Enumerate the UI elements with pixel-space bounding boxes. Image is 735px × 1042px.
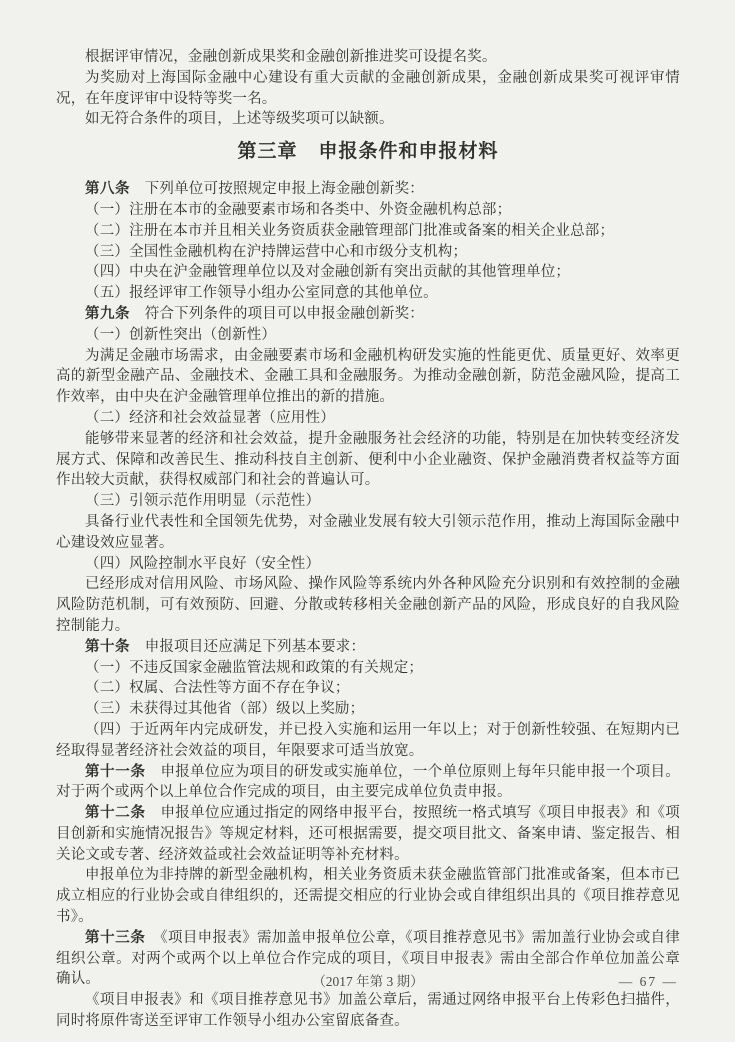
paragraph: 具备行业代表性和全国领先优势，对金融业发展有较大引领示范作用，推动上海国际金融中… [56,512,680,554]
paragraph: （二）经济和社会效益显著（应用性） [56,408,680,429]
paragraph: （一）创新性突出（创新性） [56,325,680,346]
article-number: 第十条 [85,639,130,655]
chapter-number: 第三章 [238,141,298,162]
paragraph: 根据评审情况，金融创新成果奖和金融创新推进奖可设提名奖。 [56,47,680,68]
paragraph: 第九条 符合下列条件的项目可以申报金融创新奖： [56,304,680,325]
paragraph: 如无符合条件的项目，上述等级奖项可以缺额。 [56,109,680,130]
paragraph: 已经形成对信用风险、市场风险、操作风险等系统内外各种风险充分识别和有效控制的金融… [56,574,680,636]
paragraph: 能够带来显著的经济和社会效益，提升金融服务社会经济的功能，特别是在加快转变经济发… [56,429,680,491]
document-body: 第八条 下列单位可按照规定申报上海金融创新奖：（一）注册在本市的金融要素市场和各… [56,179,680,1032]
paragraph: （三）全国性金融机构在沪持牌运营中心和市级分支机构； [56,242,680,263]
paragraph: 为奖励对上海国际金融中心建设有重大贡献的金融创新成果，金融创新成果奖可视评审情况… [56,68,680,110]
document-page: 根据评审情况，金融创新成果奖和金融创新推进奖可设提名奖。为奖励对上海国际金融中心… [0,0,735,1042]
paragraph: 第八条 下列单位可按照规定申报上海金融创新奖： [56,179,680,200]
page-number: — 67 — [619,972,678,992]
paragraph: （二）权属、合法性等方面不存在争议； [56,678,680,699]
paragraph: （四）于近两年内完成研发，并已投入实施和运用一年以上；对于创新性较强、在短期内已… [56,720,680,762]
page-footer: （2017 年第 3 期） — 67 — [56,972,680,992]
paragraph: 第十条 申报项目还应满足下列基本要求： [56,637,680,658]
paragraph: 第十一条 申报单位应为项目的研发或实施单位，一个单位原则上每年只能申报一个项目。… [56,762,680,804]
paragraph: （三）引领示范作用明显（示范性） [56,491,680,512]
article-number: 第十二条 [85,805,146,821]
article-number: 第八条 [85,181,130,197]
article-number: 第十三条 [85,930,146,946]
intro-paragraphs: 根据评审情况，金融创新成果奖和金融创新推进奖可设提名奖。为奖励对上海国际金融中心… [56,47,680,130]
paragraph: （四）中央在沪金融管理单位以及对金融创新有突出贡献的其他管理单位； [56,262,680,283]
paragraph: 申报单位为非持牌的新型金融机构，相关业务资质未获金融监管部门批准或备案，但本市已… [56,865,680,927]
paragraph: （一）注册在本市的金融要素市场和各类中、外资金融机构总部； [56,200,680,221]
paragraph: （四）风险控制水平良好（安全性） [56,554,680,575]
paragraph: 《项目申报表》和《项目推荐意见书》加盖公章后，需通过网络申报平台上传彩色扫描件，… [56,990,680,1032]
paragraph: 第十二条 申报单位应通过指定的网络申报平台，按照统一格式填写《项目申报表》和《项… [56,803,680,865]
paragraph: （三）未获得过其他省（部）级以上奖励； [56,699,680,720]
chapter-title: 申报条件和申报材料 [318,141,498,162]
article-number: 第十一条 [85,764,146,780]
paragraph: 为满足金融市场需求，由金融要素市场和金融机构研发实施的性能更优、质量更好、效率更… [56,346,680,408]
paragraph: （一）不违反国家金融监管法规和政策的有关规定； [56,658,680,679]
paragraph: （二）注册在本市并且相关业务资质获金融管理部门批准或备案的相关企业总部； [56,221,680,242]
issue-label: （2017 年第 3 期） [56,972,680,992]
article-number: 第九条 [85,306,130,322]
paragraph: （五）报经评审工作领导小组办公室同意的其他单位。 [56,283,680,304]
chapter-heading: 第三章申报条件和申报材料 [56,139,680,165]
